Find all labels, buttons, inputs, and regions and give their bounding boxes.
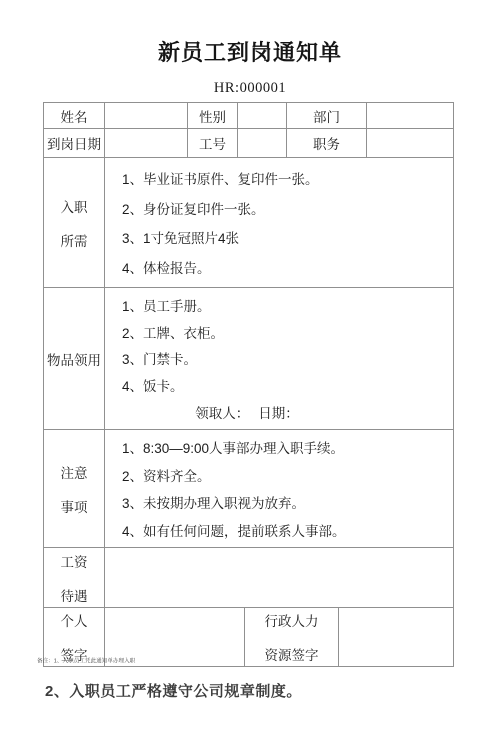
signature-label-line: 个人 <box>61 610 88 630</box>
document-number: HR:000001 <box>0 80 500 97</box>
section-label-line: 注意 <box>61 462 88 482</box>
recipient-label: 领取人： <box>195 406 249 421</box>
position-value-cell[interactable] <box>366 129 455 157</box>
salary-value-cell[interactable] <box>104 548 453 607</box>
list-item: 4、饭卡。 <box>122 375 447 395</box>
name-value-cell[interactable] <box>104 103 187 128</box>
list-item: 2、工牌、衣柜。 <box>122 322 447 342</box>
list-item: 1、员工手册。 <box>122 295 447 315</box>
document-page: 新员工到岗通知单 HR:000001 姓名 性别 部门 到岗日期 工号 职务 入… <box>0 0 500 747</box>
section-onboarding-requirements: 入职 所需 1、毕业证书原件、复印件一张。 2、身份证复印件一张。 3、1寸免冠… <box>44 157 453 287</box>
hr-signature-cell[interactable] <box>338 608 455 666</box>
section-label-cautions: 注意 事项 <box>44 430 104 547</box>
arrival-date-value-cell[interactable] <box>104 129 187 157</box>
receipt-signature-line: 领取人：日期： <box>122 402 447 422</box>
section-cautions: 注意 事项 1、8:30—9:00人事部办理入职手续。 2、资料齐全。 3、未按… <box>44 429 453 547</box>
section-content-onboarding-requirements: 1、毕业证书原件、复印件一张。 2、身份证复印件一张。 3、1寸免冠照片4张 4… <box>104 158 453 287</box>
list-item: 3、门禁卡。 <box>122 348 447 368</box>
info-row-2: 到岗日期 工号 职务 <box>44 128 453 157</box>
section-label-item-collection: 物品领用 <box>44 288 104 429</box>
section-label-onboarding-requirements: 入职 所需 <box>44 158 104 287</box>
list-item: 1、8:30—9:00人事部办理入职手续。 <box>122 437 447 457</box>
section-label-salary: 工资 待遇 <box>44 548 104 607</box>
notice-form-table: 姓名 性别 部门 到岗日期 工号 职务 入职 所需 1、毕业证书原件、复印件一张 <box>43 102 454 667</box>
page-title: 新员工到岗通知单 <box>0 36 500 67</box>
section-item-collection: 物品领用 1、员工手册。 2、工牌、衣柜。 3、门禁卡。 4、饭卡。 领取人：日… <box>44 287 453 429</box>
list-item: 1、毕业证书原件、复印件一张。 <box>122 168 447 188</box>
employee-id-label: 工号 <box>187 129 237 157</box>
gender-label: 性别 <box>187 103 237 128</box>
signature-label-line: 资源签字 <box>265 644 319 664</box>
name-label: 姓名 <box>44 103 104 128</box>
position-label: 职务 <box>286 129 366 157</box>
department-label: 部门 <box>286 103 366 128</box>
list-item: 4、如有任何问题，提前联系人事部。 <box>122 520 447 540</box>
section-label-line: 物品领用 <box>47 349 101 369</box>
remark-footnote: 备注：1、入职员工凭此通知单办理入职 <box>37 656 205 664</box>
list-item: 2、身份证复印件一张。 <box>122 198 447 218</box>
section-label-line: 事项 <box>61 496 88 516</box>
arrival-date-label: 到岗日期 <box>44 129 104 157</box>
employee-id-value-cell[interactable] <box>237 129 286 157</box>
list-item: 2、资料齐全。 <box>122 465 447 485</box>
section-salary: 工资 待遇 <box>44 547 453 607</box>
remark-item-2: 2、入职员工严格遵守公司规章制度。 <box>45 680 465 701</box>
info-row-1: 姓名 性别 部门 <box>44 103 453 128</box>
date-label: 日期： <box>258 406 299 421</box>
signature-label-line: 行政人力 <box>265 610 319 630</box>
section-label-line: 入职 <box>61 196 88 216</box>
department-value-cell[interactable] <box>366 103 455 128</box>
list-item: 3、1寸免冠照片4张 <box>122 227 447 247</box>
gender-value-cell[interactable] <box>237 103 286 128</box>
hr-signature-label: 行政人力 资源签字 <box>244 608 338 666</box>
section-content-item-collection: 1、员工手册。 2、工牌、衣柜。 3、门禁卡。 4、饭卡。 领取人：日期： <box>104 288 453 429</box>
section-label-line: 所需 <box>61 230 88 250</box>
list-item: 4、体检报告。 <box>122 257 447 277</box>
section-label-line: 工资 <box>61 551 88 571</box>
list-item: 3、未按期办理入职视为放弃。 <box>122 492 447 512</box>
section-label-line: 待遇 <box>61 585 88 605</box>
section-content-cautions: 1、8:30—9:00人事部办理入职手续。 2、资料齐全。 3、未按期办理入职视… <box>104 430 453 547</box>
